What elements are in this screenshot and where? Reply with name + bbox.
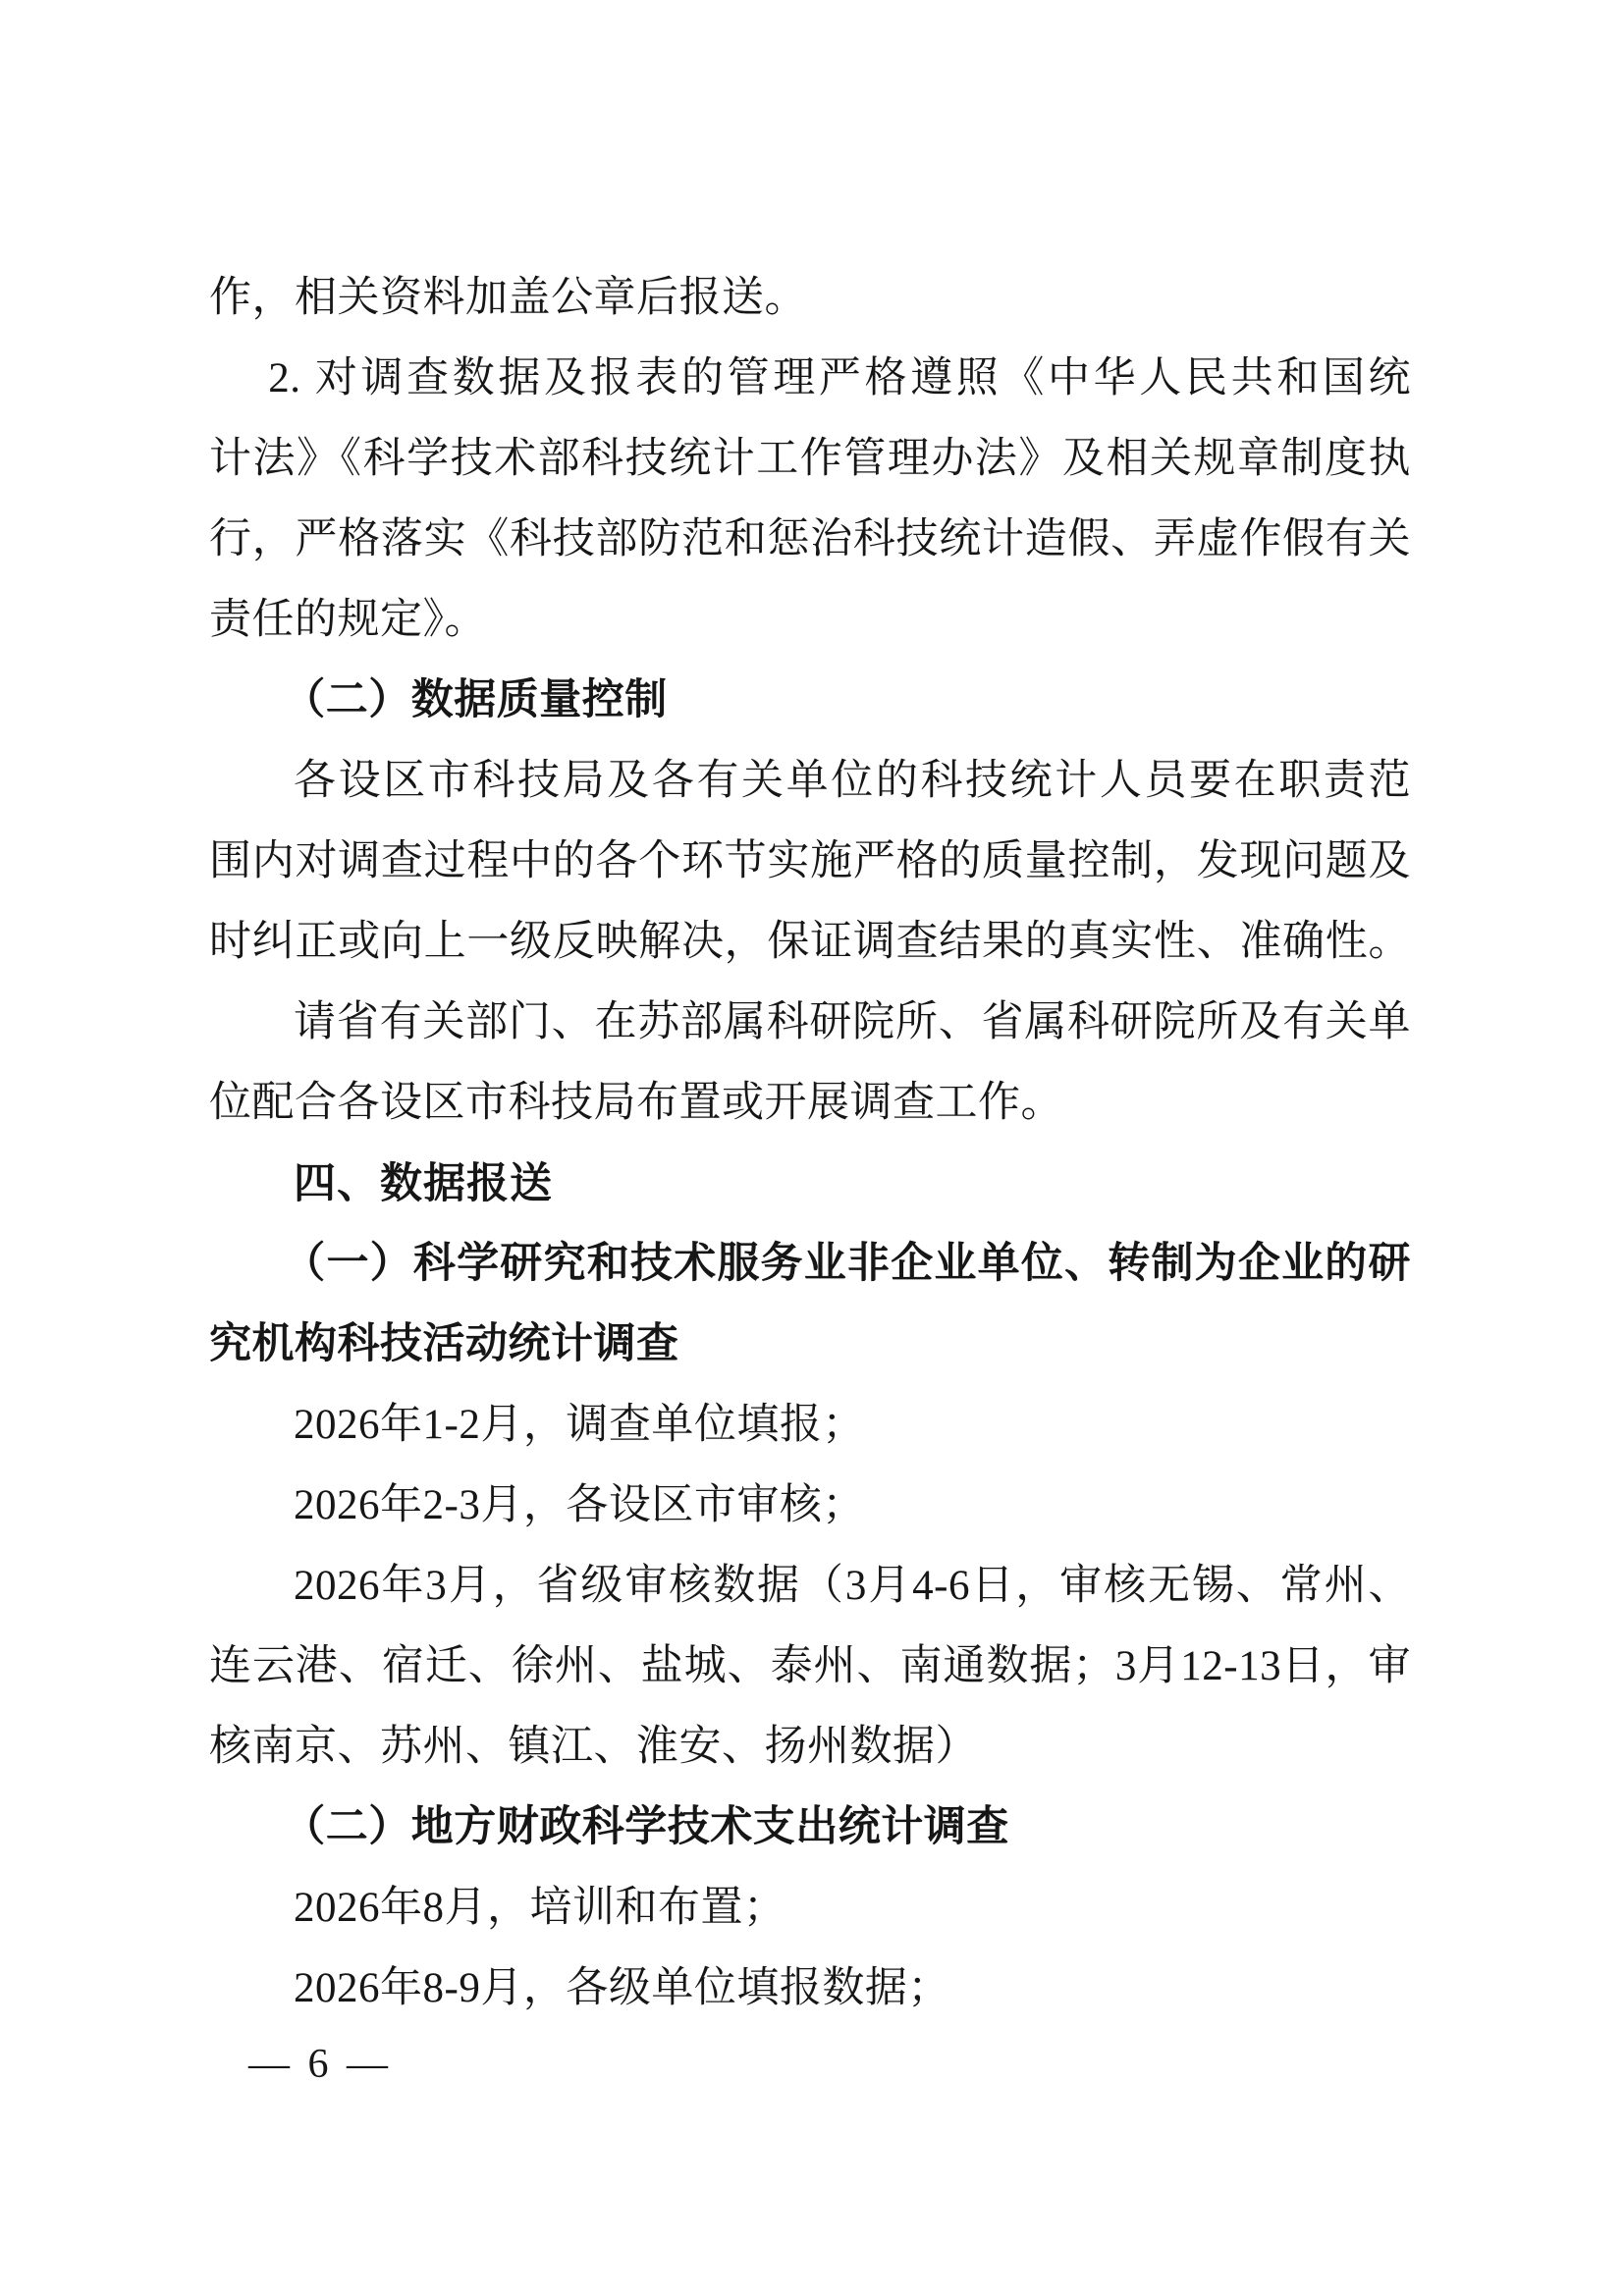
text-line: 2. 对调查数据及报表的管理严格遵照《中华人民共和国统 <box>209 339 1411 419</box>
text-line: 计法》《科学技术部科技统计工作管理办法》及相关规章制度执 <box>209 419 1411 500</box>
text-line: 2026年2-3月，各设区市审核； <box>209 1466 1411 1546</box>
text-line: 位配合各设区市科技局布置或开展调查工作。 <box>209 1063 1411 1144</box>
text-line: 2026年8月，培训和布置； <box>209 1868 1411 1949</box>
document-page: 作，相关资料加盖公章后报送。2. 对调查数据及报表的管理严格遵照《中华人民共和国… <box>0 0 1624 2296</box>
text-line: 2026年1-2月，调查单位填报； <box>209 1385 1411 1466</box>
section-heading-line: 四、数据报送 <box>209 1144 1411 1224</box>
section-heading-line: （二）地方财政科学技术支出统计调查 <box>209 1788 1411 1868</box>
text-line: 责任的规定》。 <box>209 580 1411 661</box>
section-heading-line: （一）科学研究和技术服务业非企业单位、转制为企业的研 <box>209 1224 1411 1305</box>
text-line: 连云港、宿迁、徐州、盐城、泰州、南通数据；3月12-13日，审 <box>209 1627 1411 1707</box>
text-line: 作，相关资料加盖公章后报送。 <box>209 258 1411 339</box>
text-line: 行，严格落实《科技部防范和惩治科技统计造假、弄虚作假有关 <box>209 500 1411 580</box>
page-number: — 6 — <box>248 2043 388 2086</box>
text-line: 各设区市科技局及各有关单位的科技统计人员要在职责范 <box>209 741 1411 822</box>
text-line: 请省有关部门、在苏部属科研院所、省属科研院所及有关单 <box>209 983 1411 1063</box>
text-line: 核南京、苏州、镇江、淮安、扬州数据） <box>209 1707 1411 1788</box>
text-line: 2026年8-9月，各级单位填报数据； <box>209 1949 1411 2029</box>
section-heading-line: （二）数据质量控制 <box>209 661 1411 741</box>
text-line: 围内对调查过程中的各个环节实施严格的质量控制，发现问题及 <box>209 822 1411 902</box>
section-heading-line: 究机构科技活动统计调查 <box>209 1305 1411 1385</box>
text-line: 时纠正或向上一级反映解决，保证调查结果的真实性、准确性。 <box>209 902 1411 983</box>
text-line: 2026年3月，省级审核数据（3月4-6日，审核无锡、常州、 <box>209 1546 1411 1627</box>
text-column: 作，相关资料加盖公章后报送。2. 对调查数据及报表的管理严格遵照《中华人民共和国… <box>209 258 1411 2029</box>
